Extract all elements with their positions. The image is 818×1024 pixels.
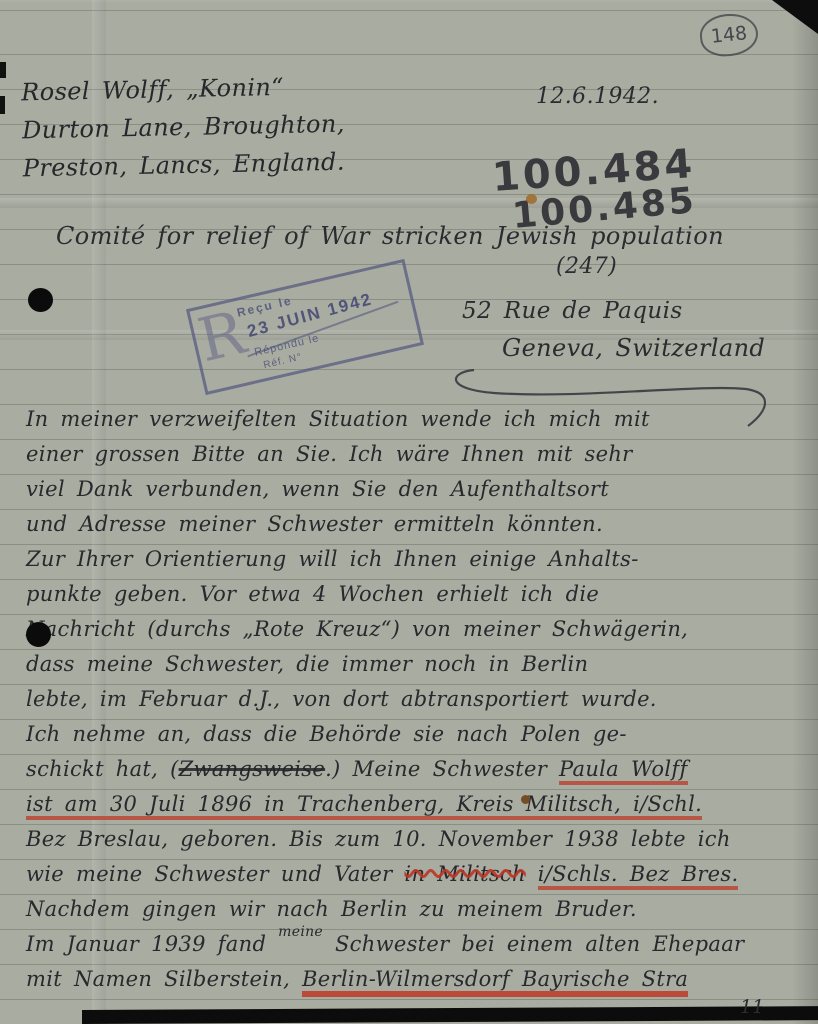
letter-text-segment: Berlin-Wilmersdorf Bayrische Stra [302,967,688,997]
stain-mark [526,194,537,204]
letter-text-segment: i/Schls. Bez Bres. [538,862,739,890]
punch-hole [28,288,53,312]
folio-number-circled: 148 [698,11,760,59]
letter-text-segment: Im Januar 1939 fand [26,932,278,956]
letter-body-line: Bez Breslau, geboren. Bis zum 10. Novemb… [26,822,804,857]
received-date-stamp: R Reçu le 23 JUIN 1942 Répondu le Réf. N… [186,259,424,395]
page-number-partial: 11 [740,996,764,1018]
letter-text-segment: und Adresse meiner Schwester ermitteln k… [26,512,603,536]
letter-text-segment: schickt hat, ( [26,757,179,781]
letter-text-segment: Nachdem gingen wir nach Berlin zu meinem… [26,897,637,921]
recipient-organization: Comité for relief of War stricken Jewish… [56,222,724,250]
recipient-city: Geneva, Switzerland [502,334,765,362]
letter-text-segment: mit Namen Silberstein, [26,967,302,991]
letter-body-line: Nachdem gingen wir nach Berlin zu meinem… [26,892,804,927]
letter-body-line: Nachricht (durchs „Rote Kreuz“) von mein… [26,612,804,647]
letter-body-line: lebte, im Februar d.J., von dort abtrans… [26,682,804,717]
letter-text-segment: .) Meine Schwester [325,757,559,781]
letter-text-segment: Bez Breslau, geboren. Bis zum 10. Novemb… [26,827,731,851]
letter-text-segment: ist am 30 Juli 1896 in Trachenberg, Krei… [26,792,702,820]
letter-text-segment: meine [278,915,323,950]
recipient-street: 52 Rue de Paquis [462,298,683,324]
letter-body-line: schickt hat, (Zwangsweise.) Meine Schwes… [26,752,804,787]
sender-address-block: Rosel Wolff, „Konin“ Durton Lane, Brough… [21,67,346,188]
letter-text-segment: Schwester bei einem alten Ehepaar [323,932,744,956]
letter-date: 12.6.1942. [536,84,659,109]
letter-body-line: Im Januar 1939 fand meine Schwester bei … [26,927,804,962]
letter-body-line: wie meine Schwester und Vater in Militsc… [26,857,804,892]
letter-text-segment: Paula Wolff [559,757,688,785]
letter-body-line: Ich nehme an, dass die Behörde sie nach … [26,717,804,752]
letter-body-line: mit Namen Silberstein, Berlin-Wilmersdor… [26,962,804,997]
letter-text-segment [526,862,538,886]
recipient-organization-number: (247) [556,254,617,279]
letter-text-segment: Zwangsweise [179,757,325,781]
letter-text-segment: wie meine Schwester und Vater [26,862,404,886]
letter-body-line: dass meine Schwester, die immer noch in … [26,647,804,682]
letter-body-line: ist am 30 Juli 1896 in Trachenberg, Krei… [26,787,804,822]
scan-edge-artifact [82,1006,818,1024]
folio-number: 148 [710,22,748,48]
stain-mark [521,795,530,804]
letter-text-segment: Ich nehme an, dass die Behörde sie nach … [26,722,627,746]
letter-body-line: punkte geben. Vor etwa 4 Wochen erhielt … [26,577,804,612]
letter-text-segment: einer grossen Bitte an Sie. Ich wäre Ihn… [26,442,633,466]
letter-text-segment: viel Dank verbunden, wenn Sie den Aufent… [26,477,609,501]
letter-text-segment: Zur Ihrer Orientierung will ich Ihnen ei… [26,547,639,571]
sender-line: Preston, Lancs, England. [22,143,345,188]
letter-body-line: und Adresse meiner Schwester ermitteln k… [26,507,804,542]
letter-text-segment: punkte geben. Vor etwa 4 Wochen erhielt … [26,582,599,606]
letter-text-segment: In meiner verzweifelten Situation wende … [26,407,650,431]
letter-body-line: Zur Ihrer Orientierung will ich Ihnen ei… [26,542,804,577]
letter-text-segment: dass meine Schwester, die immer noch in … [26,652,588,676]
letter-text-segment: lebte, im Februar d.J., von dort abtrans… [26,687,657,711]
letter-page: Rosel Wolff, „Konin“ Durton Lane, Brough… [0,0,818,1024]
letter-text-segment: Nachricht (durchs „Rote Kreuz“) von mein… [26,617,688,641]
scan-artifact [0,62,6,78]
scan-corner-artifact [772,0,818,34]
letter-text-segment: in Militsch [404,862,525,886]
letter-body-line: viel Dank verbunden, wenn Sie den Aufent… [26,472,804,507]
letter-body-line: einer grossen Bitte an Sie. Ich wäre Ihn… [26,437,804,472]
scan-artifact [0,96,5,114]
letter-body: In meiner verzweifelten Situation wende … [26,402,804,997]
punch-hole [26,622,51,647]
letter-body-line: In meiner verzweifelten Situation wende … [26,402,804,437]
